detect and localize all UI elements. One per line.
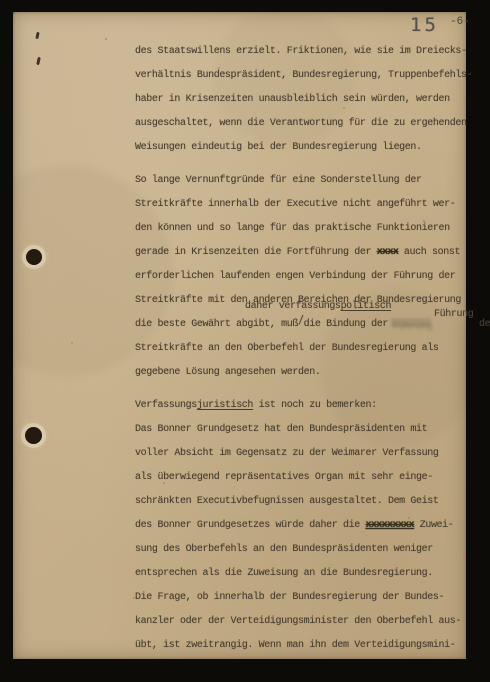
text-line: kanzler oder der Verteidigungsminister d… bbox=[135, 610, 479, 634]
text-line: verhältnis Bundespräsident, Bundesregier… bbox=[135, 64, 479, 88]
text-line: Streitkräfte innerhalb der Executive nic… bbox=[135, 193, 479, 217]
text-line: Streitkräfte an den Oberbefehl der Bunde… bbox=[135, 337, 479, 361]
typewritten-text: des Staatswillens erzielt. Friktionen, w… bbox=[135, 40, 479, 658]
text-line: übt, ist zweitrangig. Wenn man ihn dem V… bbox=[135, 634, 479, 658]
text-line-with-strikeout: gerade in Krisenzeiten die Fortführung d… bbox=[135, 241, 479, 265]
paper-specks bbox=[13, 12, 15, 14]
text-line: sung des Oberbefehls an den Bundespräsid… bbox=[135, 538, 479, 562]
text-line: haber in Krisenzeiten unausbleiblich sei… bbox=[135, 88, 479, 112]
struck-word: xxxx bbox=[377, 247, 399, 258]
underlined-word: juristisch bbox=[197, 400, 253, 411]
text-segment: die beste Gewährt abgibt, muß bbox=[135, 319, 298, 330]
ink-speck bbox=[35, 32, 39, 39]
paragraph-2: So lange Vernunftgründe für eine Sonders… bbox=[135, 169, 479, 385]
section-heading-line: Verfassungsjuristisch ist noch zu bemerk… bbox=[135, 394, 479, 418]
text-segment: ist noch zu bemerken: bbox=[253, 400, 377, 411]
hole-punch-top bbox=[26, 249, 42, 265]
paragraph-1: des Staatswillens erzielt. Friktionen, w… bbox=[135, 40, 479, 160]
text-line: schränkten Executivbefugnissen ausgestal… bbox=[135, 490, 479, 514]
text-line: ausgeschaltet, wenn die Verantwortung fü… bbox=[135, 112, 479, 136]
text-line: den können und so lange für das praktisc… bbox=[135, 217, 479, 241]
text-segment: daher verfassungs bbox=[245, 301, 341, 312]
text-line: als überwiegend repräsentatives Organ mi… bbox=[135, 466, 479, 490]
struck-word: xxxxxxxxx bbox=[365, 520, 414, 531]
erased-word-smudge: Führung bbox=[391, 318, 431, 327]
scanned-document: { "header": { "page_number": "15", "page… bbox=[0, 0, 490, 682]
insertion-caret: / bbox=[298, 308, 304, 338]
paragraph-3: Verfassungsjuristisch ist noch zu bemerk… bbox=[135, 394, 479, 658]
text-segment: gerade in Krisenzeiten die Fortführung d… bbox=[135, 247, 377, 258]
text-line: voller Absicht im Gegensatz zu der Weima… bbox=[135, 442, 479, 466]
document-page: 15 -6- des Staatswillens erzielt. Frikti… bbox=[13, 12, 466, 659]
hole-punch-bottom bbox=[25, 427, 42, 444]
text-line-with-corrections: daher verfassungspolitisch die beste Gew… bbox=[135, 313, 479, 337]
text-line: Weisungen eindeutig bei der Bundesregier… bbox=[135, 136, 479, 160]
text-line: Das Bonner Grundgesetz hat den Bundesprä… bbox=[135, 418, 479, 442]
interlinear-insertion: daher verfassungspolitisch bbox=[245, 300, 391, 314]
text-line: gegebene Lösung angesehen werden. bbox=[135, 361, 479, 385]
underlined-word: politisch bbox=[341, 301, 392, 312]
text-line-with-strikeout: des Bonner Grundgesetzes würde daher die… bbox=[135, 514, 479, 538]
text-segment: auch sonst bbox=[398, 247, 460, 258]
text-segment: der bbox=[479, 319, 490, 330]
text-line: So lange Vernunftgründe für eine Sonders… bbox=[135, 169, 479, 193]
text-segment: Zuwei- bbox=[414, 520, 453, 531]
superscript-correction: Führung bbox=[434, 303, 473, 327]
secondary-page-number: -6- bbox=[450, 16, 470, 28]
text-segment: des Bonner Grundgesetzes würde daher die bbox=[135, 520, 365, 531]
ink-speck bbox=[36, 57, 41, 65]
text-segment: die Bindung der bbox=[304, 319, 388, 330]
text-line: Die Frage, ob innerhalb der Bundesregier… bbox=[135, 586, 479, 610]
text-line: erforderlichen laufenden engen Verbindun… bbox=[135, 265, 479, 289]
text-line: entsprechen als die Zuweisung an die Bun… bbox=[135, 562, 479, 586]
text-line: des Staatswillens erzielt. Friktionen, w… bbox=[135, 40, 479, 64]
page-number: 15 bbox=[410, 14, 439, 36]
text-segment: Verfassungs bbox=[135, 400, 197, 411]
